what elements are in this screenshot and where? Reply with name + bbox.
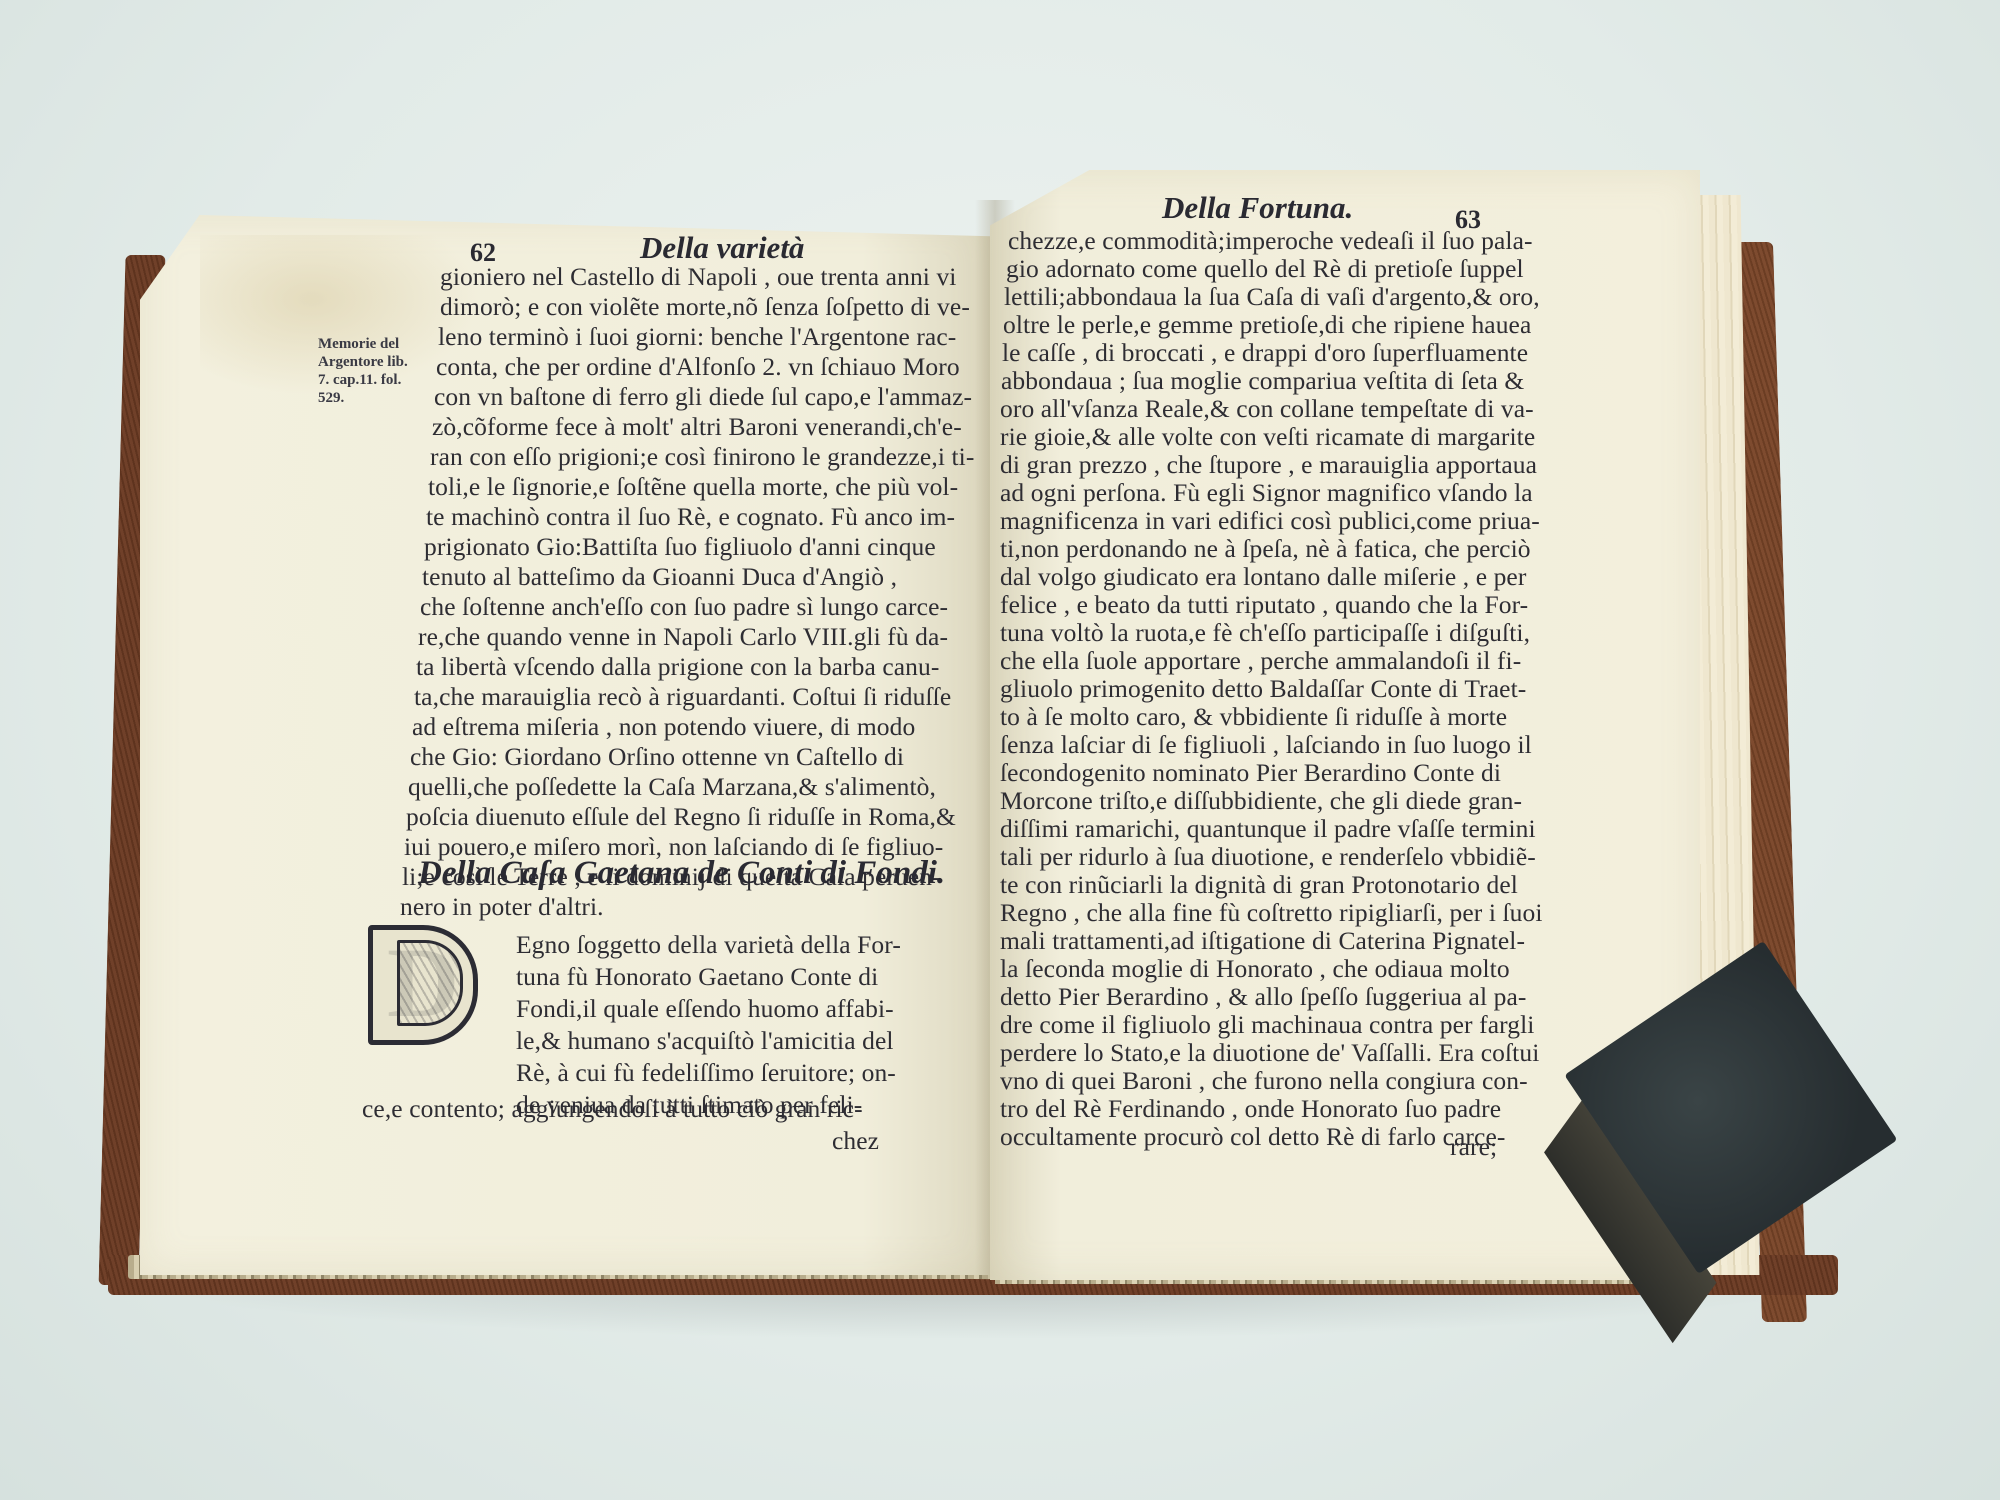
text-line: che ella ſuole apportare , perche ammala… bbox=[1000, 646, 1521, 676]
text-line: dimorò; e con violẽte morte,nõ ſenza ſoſ… bbox=[440, 292, 970, 322]
text-line: toli,e le ſignorie,e ſoſtẽne quella mort… bbox=[428, 472, 958, 502]
text-line: quelli,che poſſedette la Caſa Marzana,& … bbox=[408, 772, 936, 802]
text-line: Regno , che alla fine fù coſtretto ripig… bbox=[1000, 898, 1543, 928]
text-line: felice , e beato da tutti riputato , qua… bbox=[1000, 590, 1528, 620]
text-line: te con rinũciarli la dignità di gran Pro… bbox=[1000, 870, 1518, 900]
decorated-initial-d: D bbox=[368, 925, 478, 1045]
text-line: vno di quei Baroni , che furono nella co… bbox=[1000, 1066, 1528, 1096]
text-line: che Gio: Giordano Orſino ottenne vn Caſt… bbox=[410, 742, 904, 772]
text-line: ta libertà vſcendo dalla prigione con la… bbox=[416, 652, 939, 682]
text-line: gliuolo primogenito detto Baldaſſar Cont… bbox=[1000, 674, 1526, 704]
text-line: re,che quando venne in Napoli Carlo VIII… bbox=[418, 622, 948, 652]
running-head-right: Della Fortuna. bbox=[1162, 190, 1353, 226]
text-line: prigionato Gio:Battiſta ſuo figliuolo d'… bbox=[424, 532, 936, 562]
text-line: tenuto al batteſimo da Gioanni Duca d'An… bbox=[422, 562, 897, 592]
catchword-right: rare; bbox=[1450, 1132, 1497, 1162]
text-line: ſenza laſciar di ſe figliuoli , laſciand… bbox=[1000, 730, 1532, 760]
text-line: conta, che per ordine d'Alfonſo 2. vn ſc… bbox=[436, 352, 960, 382]
text-line: leno terminò i ſuoi giorni: benche l'Arg… bbox=[438, 322, 956, 352]
text-line: gio adornato come quello del Rè di preti… bbox=[1006, 254, 1524, 284]
text-line: ſecondogenito nominato Pier Berardino Co… bbox=[1000, 758, 1501, 788]
text-line: Rè, à cui fù fedeliſſimo ſeruitore; on- bbox=[516, 1058, 896, 1088]
running-head-left: Della varietà bbox=[640, 230, 804, 266]
text-line: che ſoſtenne anch'eſſo con ſuo padre sì … bbox=[420, 592, 948, 622]
text-line: ran con eſſo prigioni;e così finirono le… bbox=[430, 442, 974, 472]
margin-note: Memorie del Argentore lib. 7. cap.11. fo… bbox=[318, 335, 408, 407]
text-line: le caſſe , di broccati , e drappi d'oro … bbox=[1002, 338, 1528, 368]
text-line: la ſeconda moglie di Honorato , che odia… bbox=[1000, 954, 1510, 984]
text-line: tuna voltò la ruota,e fè ch'eſſo partici… bbox=[1000, 618, 1530, 648]
text-line: tuna fù Honorato Gaetano Conte di bbox=[516, 962, 878, 992]
text-line: con vn baſtone di ferro gli diede ſul ca… bbox=[434, 382, 972, 412]
text-line: diſſimi ramarichi, quantunque il padre v… bbox=[1000, 814, 1536, 844]
text-line: dre come il figliuolo gli machinaua cont… bbox=[1000, 1010, 1534, 1040]
text-line: di gran prezzo , che ſtupore , e marauig… bbox=[1000, 450, 1537, 480]
text-line: ti,non perdonando ne à ſpeſa, nè à fatic… bbox=[1000, 534, 1531, 564]
text-line: nero in poter d'altri. bbox=[400, 892, 604, 922]
text-line: Fondi,il quale eſſendo huomo affabi- bbox=[516, 994, 894, 1024]
text-line: tro del Rè Ferdinando , onde Honorato ſu… bbox=[1000, 1094, 1501, 1124]
section-title: Della Caſa Gaetana de Conti di Fondi. bbox=[418, 855, 945, 892]
text-line: oro all'vſanza Reale,& con collane tempe… bbox=[1000, 394, 1534, 424]
text-line: gioniero nel Castello di Napoli , oue tr… bbox=[440, 262, 957, 292]
text-line: ad ogni perſona. Fù egli Signor magnific… bbox=[1000, 478, 1533, 508]
text-line: zò,cõforme fece à molt' altri Baroni ven… bbox=[432, 412, 962, 442]
text-line: dal volgo giudicato era lontano dalle mi… bbox=[1000, 562, 1526, 592]
text-line: detto Pier Berardino , & allo ſpeſſo ſug… bbox=[1000, 982, 1526, 1012]
text-line: mali trattamenti,ad iſtigatione di Cater… bbox=[1000, 926, 1525, 956]
text-line: te machinò contra il ſuo Rè, e cognato. … bbox=[426, 502, 955, 532]
text-line: poſcia diuenuto eſſule del Regno ſi ridu… bbox=[406, 802, 956, 832]
text-line: ta,che marauiglia recò à riguardanti. Co… bbox=[414, 682, 951, 712]
text-line: Egno ſoggetto della varietà della For- bbox=[516, 930, 901, 960]
text-line: perdere lo Stato,e la diuotione de' Vaſſ… bbox=[1000, 1038, 1539, 1068]
catchword-left: chez bbox=[832, 1126, 879, 1156]
text-line: occultamente procurò col detto Rè di far… bbox=[1000, 1122, 1505, 1152]
text-line: lettili;abbondaua la ſua Caſa di vaſi d'… bbox=[1004, 282, 1540, 312]
text-line: chezze,e commodità;imperoche vedeaſi il … bbox=[1008, 226, 1533, 256]
text-line: to à ſe molto caro, & vbbidiente ſi ridu… bbox=[1000, 702, 1507, 732]
text-line: abbondaua ; ſua moglie compariua veſtita… bbox=[1001, 366, 1524, 396]
text-line: ad eſtrema miſeria , non potendo viuere,… bbox=[412, 712, 915, 742]
text-line: le,& humano s'acquiſtò l'amicitia del bbox=[516, 1026, 894, 1056]
text-line: tali per ridurlo à ſua diuotione, e rend… bbox=[1000, 842, 1536, 872]
text-line: oltre le perle,e gemme pretioſe,di che r… bbox=[1003, 310, 1531, 340]
text-line: rie gioie,& alle volte con veſti ricamat… bbox=[1000, 422, 1535, 452]
text-line: Morcone triſto,e diſſubbidiente, che gli… bbox=[1000, 786, 1522, 816]
text-line: magnificenza in vari edifici così public… bbox=[1000, 506, 1540, 536]
text-line: ce,e contento; aggiungendoſi à tutto ciò… bbox=[362, 1094, 863, 1124]
